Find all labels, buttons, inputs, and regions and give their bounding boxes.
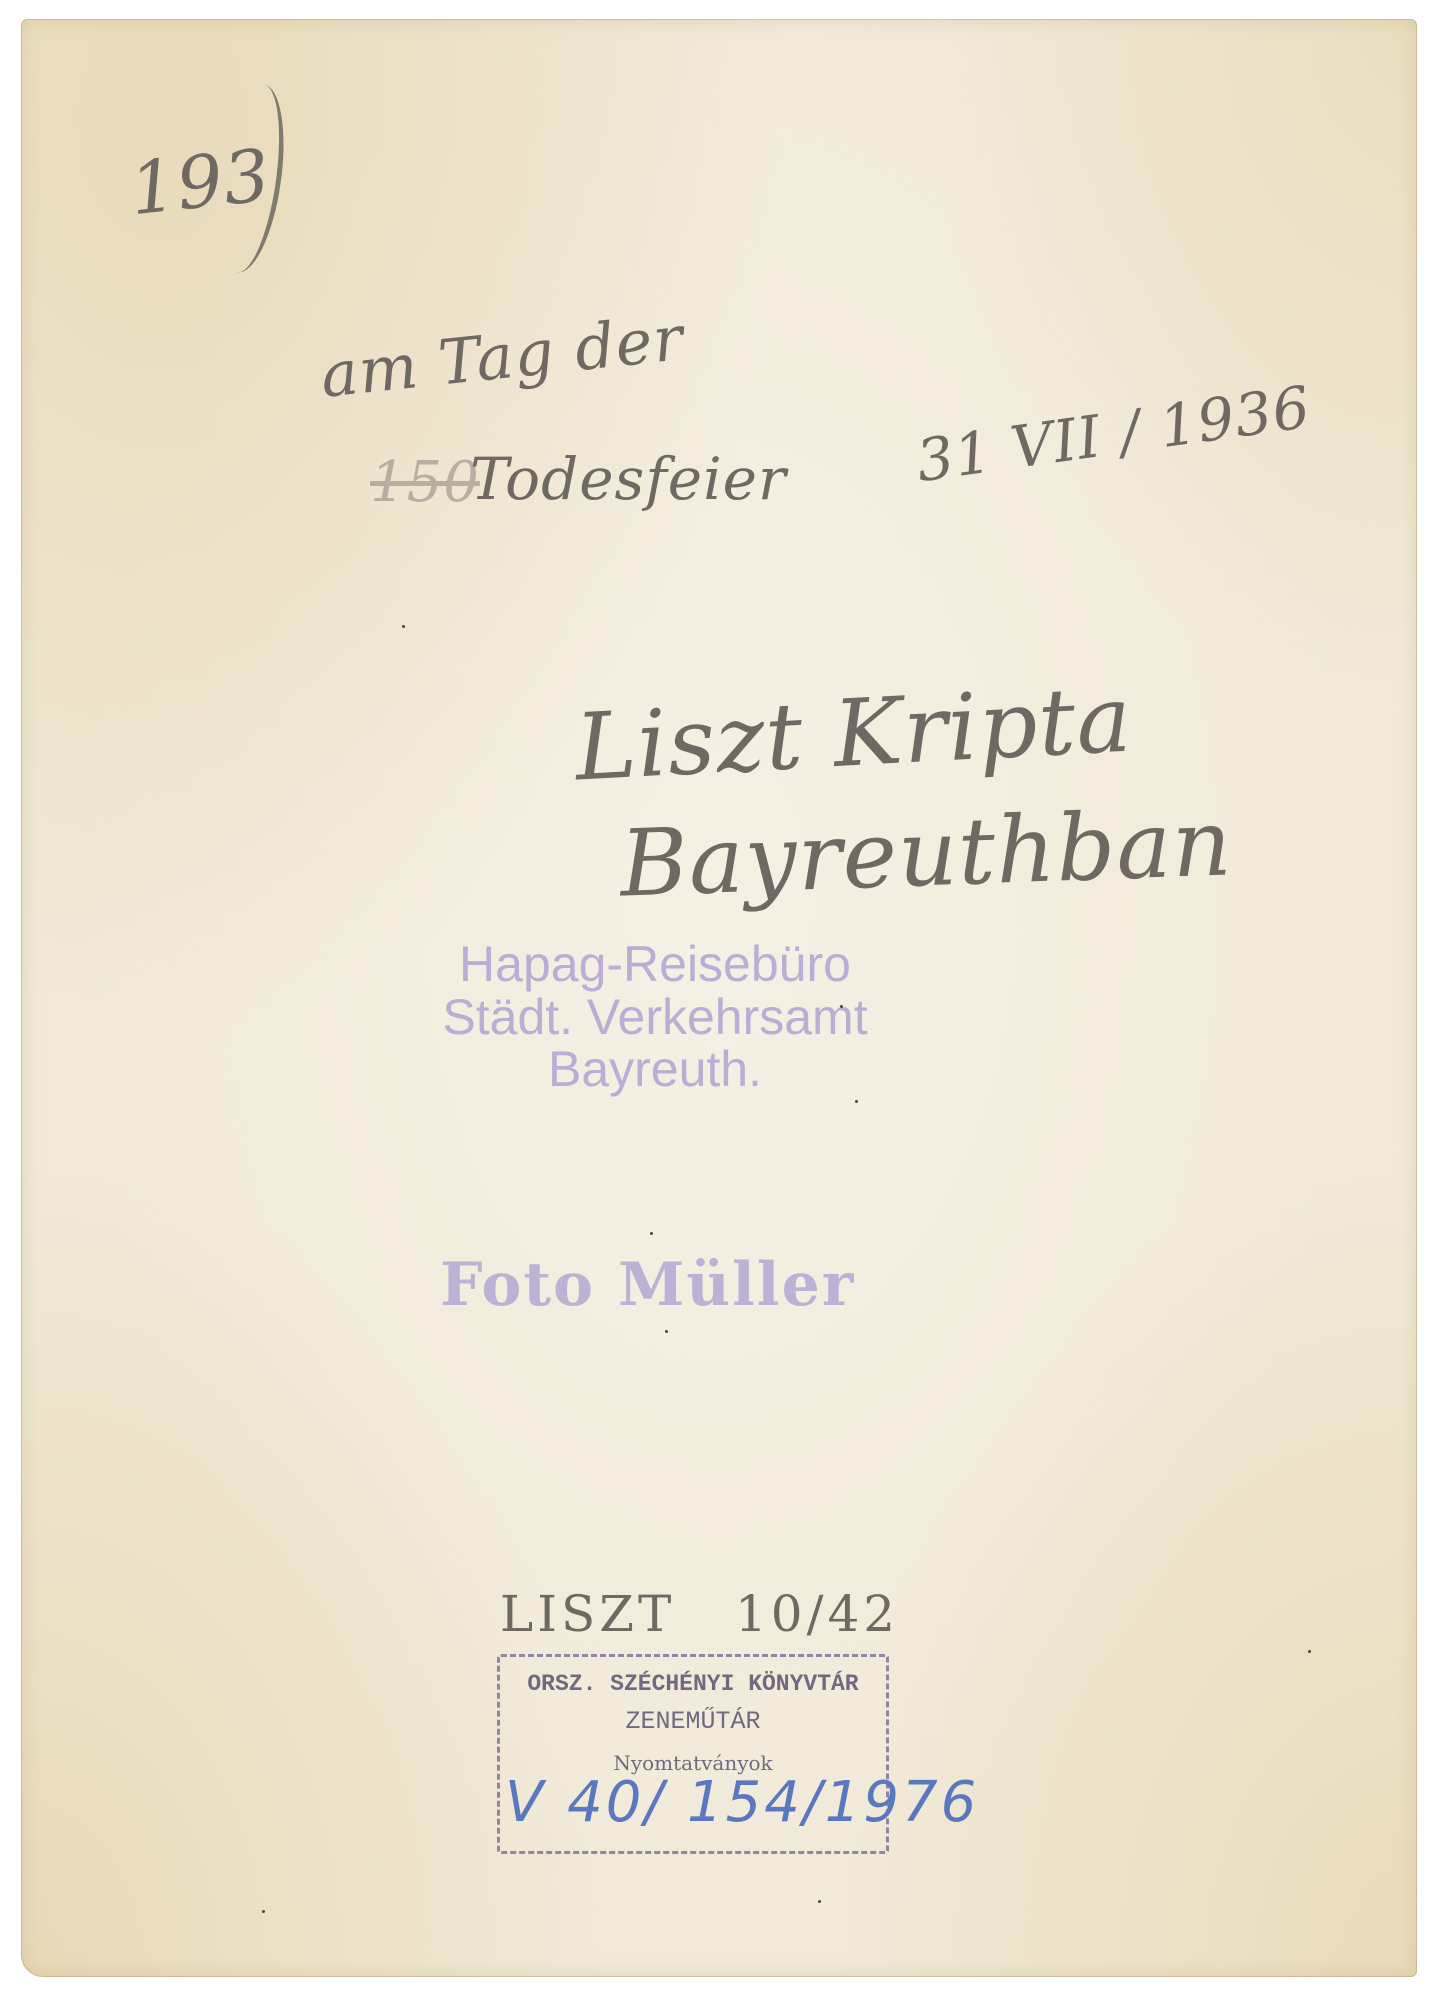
annotation-crossed-prefix: 150: [370, 450, 480, 515]
photographer-stamp: Foto Müller: [440, 1250, 855, 1320]
paper-speck: [818, 1900, 821, 1903]
paper-speck: [650, 1232, 653, 1235]
paper-speck: [665, 1330, 668, 1333]
library-stamp-line-2: ZENEMŰTÁR: [500, 1707, 886, 1736]
paper-speck: [262, 1910, 265, 1913]
travel-office-stamp: Hapag-Reisebüro Städt. Verkehrsamt Bayre…: [395, 938, 915, 1096]
travel-office-stamp-line-3: Bayreuth.: [395, 1043, 915, 1096]
paper-speck: [855, 1100, 858, 1103]
library-stamp-line-1: ORSZ. SZÉCHÉNYI KÖNYVTÁR: [500, 1671, 886, 1697]
ink-accession-number: V 40/ 154/1976: [505, 1770, 979, 1835]
travel-office-stamp-line-2: Städt. Verkehrsamt: [395, 991, 915, 1044]
paper-speck: [1308, 1650, 1311, 1653]
caption-line-2: Bayreuthban: [618, 789, 1234, 917]
travel-office-stamp-line-1: Hapag-Reisebüro: [395, 938, 915, 991]
annotation-line-2: Todesfeier: [470, 445, 787, 513]
paper-speck: [402, 625, 405, 628]
paper-speck: [840, 1005, 843, 1008]
pencil-shelfmark: LISZT 10/42: [500, 1585, 899, 1643]
